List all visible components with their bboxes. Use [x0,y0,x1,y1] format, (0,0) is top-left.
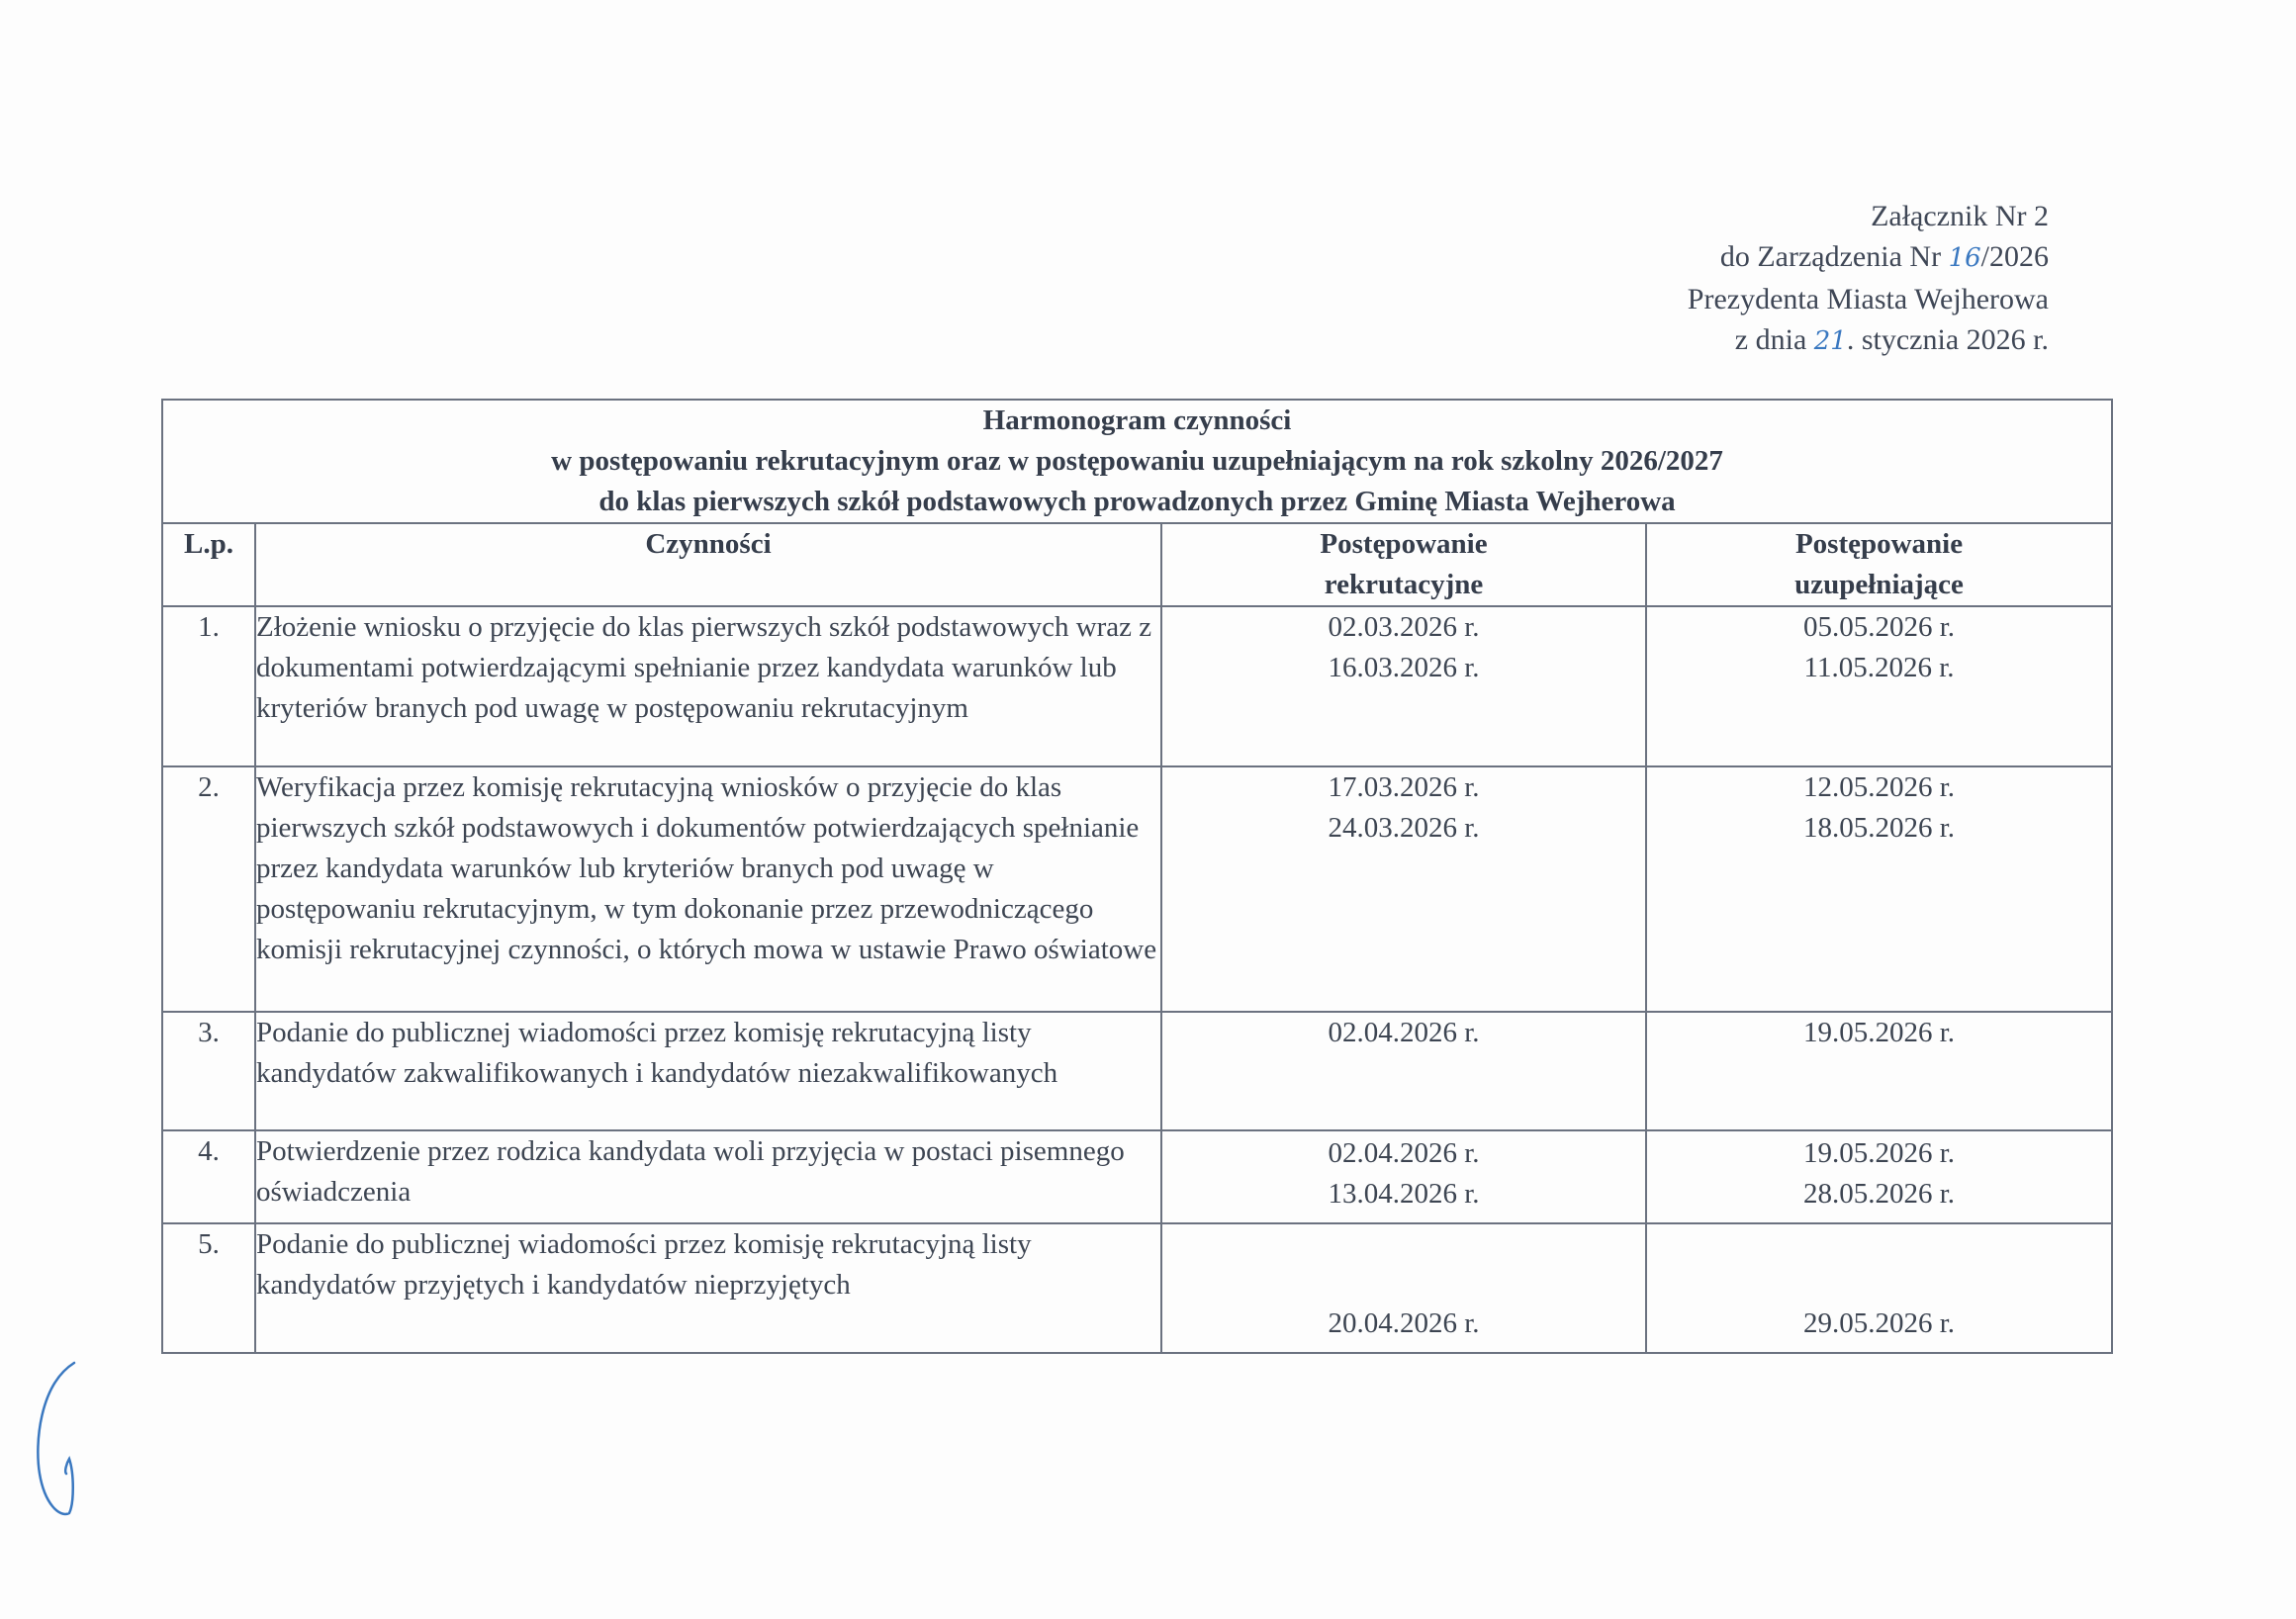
recruitment-dates: 02.03.2026 r. 16.03.2026 r. [1161,606,1646,766]
header-line: rekrutacyjne [1325,569,1484,600]
table-title-line: w postępowaniu rekrutacyjnym oraz w post… [163,441,2111,482]
ordinance-prefix: do Zarządzenia Nr [1720,240,1949,273]
ordinance-reference: do Zarządzenia Nr 16/2026 [1688,236,2049,279]
ordinance-suffix: /2026 [1981,240,2049,273]
handwritten-ordinance-number: 16 [1949,243,1981,273]
activity-description: Weryfikacja przez komisję rekrutacyjną w… [255,766,1161,1012]
recruitment-dates: 20.04.2026 r. [1161,1223,1646,1353]
recruitment-dates: 17.03.2026 r. 24.03.2026 r. [1161,766,1646,1012]
table-title-line: Harmonogram czynności [163,401,2111,441]
handwritten-day: 21 [1814,326,1847,356]
date: 19.05.2026 r. [1647,1133,2111,1174]
recruitment-dates: 02.04.2026 r. [1161,1012,1646,1130]
header-line: Postępowanie [1320,528,1487,560]
date: 19.05.2026 r. [1647,1013,2111,1053]
date: 18.05.2026 r. [1647,808,2111,849]
row-number: 3. [162,1012,255,1130]
activity-description: Potwierdzenie przez rodzica kandydata wo… [255,1130,1161,1223]
supplementary-dates: 19.05.2026 r. [1646,1012,2112,1130]
date-prefix: z dnia [1735,323,1814,356]
column-header-recruitment: Postępowanie rekrutacyjne [1161,523,1646,606]
header-line: Postępowanie [1795,528,1963,560]
header-line: uzupełniające [1794,569,1964,600]
row-number: 5. [162,1223,255,1353]
row-number: 2. [162,766,255,1012]
table-title: Harmonogram czynności w postępowaniu rek… [162,400,2112,523]
column-header-supplementary: Postępowanie uzupełniające [1646,523,2112,606]
issuer: Prezydenta Miasta Wejherowa [1688,279,2049,319]
ordinance-date: z dnia 21. stycznia 2026 r. [1688,319,2049,362]
supplementary-dates: 05.05.2026 r. 11.05.2026 r. [1646,606,2112,766]
activity-description: Podanie do publicznej wiadomości przez k… [255,1223,1161,1353]
supplementary-dates: 29.05.2026 r. [1646,1223,2112,1353]
row-number: 1. [162,606,255,766]
date: 02.04.2026 r. [1162,1133,1645,1174]
table-row: 3. Podanie do publicznej wiadomości prze… [162,1012,2112,1130]
table-row: 1. Złożenie wniosku o przyjęcie do klas … [162,606,2112,766]
date: 02.04.2026 r. [1162,1013,1645,1053]
column-header-activity: Czynności [255,523,1161,606]
table-row: 4. Potwierdzenie przez rodzica kandydata… [162,1130,2112,1223]
date: 29.05.2026 r. [1647,1304,2111,1344]
date: 12.05.2026 r. [1647,767,2111,808]
attachment-header: Załącznik Nr 2 do Zarządzenia Nr 16/2026… [1688,196,2049,362]
date: 13.04.2026 r. [1162,1174,1645,1214]
supplementary-dates: 12.05.2026 r. 18.05.2026 r. [1646,766,2112,1012]
attachment-number: Załącznik Nr 2 [1688,196,2049,236]
date: 02.03.2026 r. [1162,607,1645,648]
supplementary-dates: 19.05.2026 r. 28.05.2026 r. [1646,1130,2112,1223]
recruitment-dates: 02.04.2026 r. 13.04.2026 r. [1161,1130,1646,1223]
date: 05.05.2026 r. [1647,607,2111,648]
date: 16.03.2026 r. [1162,648,1645,688]
date-suffix: . stycznia 2026 r. [1847,323,2049,356]
row-number: 4. [162,1130,255,1223]
column-header-lp: L.p. [162,523,255,606]
activity-description: Złożenie wniosku o przyjęcie do klas pie… [255,606,1161,766]
date: 28.05.2026 r. [1647,1174,2111,1214]
date: 17.03.2026 r. [1162,767,1645,808]
date: 24.03.2026 r. [1162,808,1645,849]
date: 11.05.2026 r. [1647,648,2111,688]
date: 20.04.2026 r. [1162,1304,1645,1344]
activity-description: Podanie do publicznej wiadomości przez k… [255,1012,1161,1130]
schedule-table: Harmonogram czynności w postępowaniu rek… [161,399,2113,1354]
table-title-line: do klas pierwszych szkół podstawowych pr… [163,482,2111,522]
table-row: 2. Weryfikacja przez komisję rekrutacyjn… [162,766,2112,1012]
table-row: 5. Podanie do publicznej wiadomości prze… [162,1223,2112,1353]
handwritten-initial-icon [20,1355,89,1533]
